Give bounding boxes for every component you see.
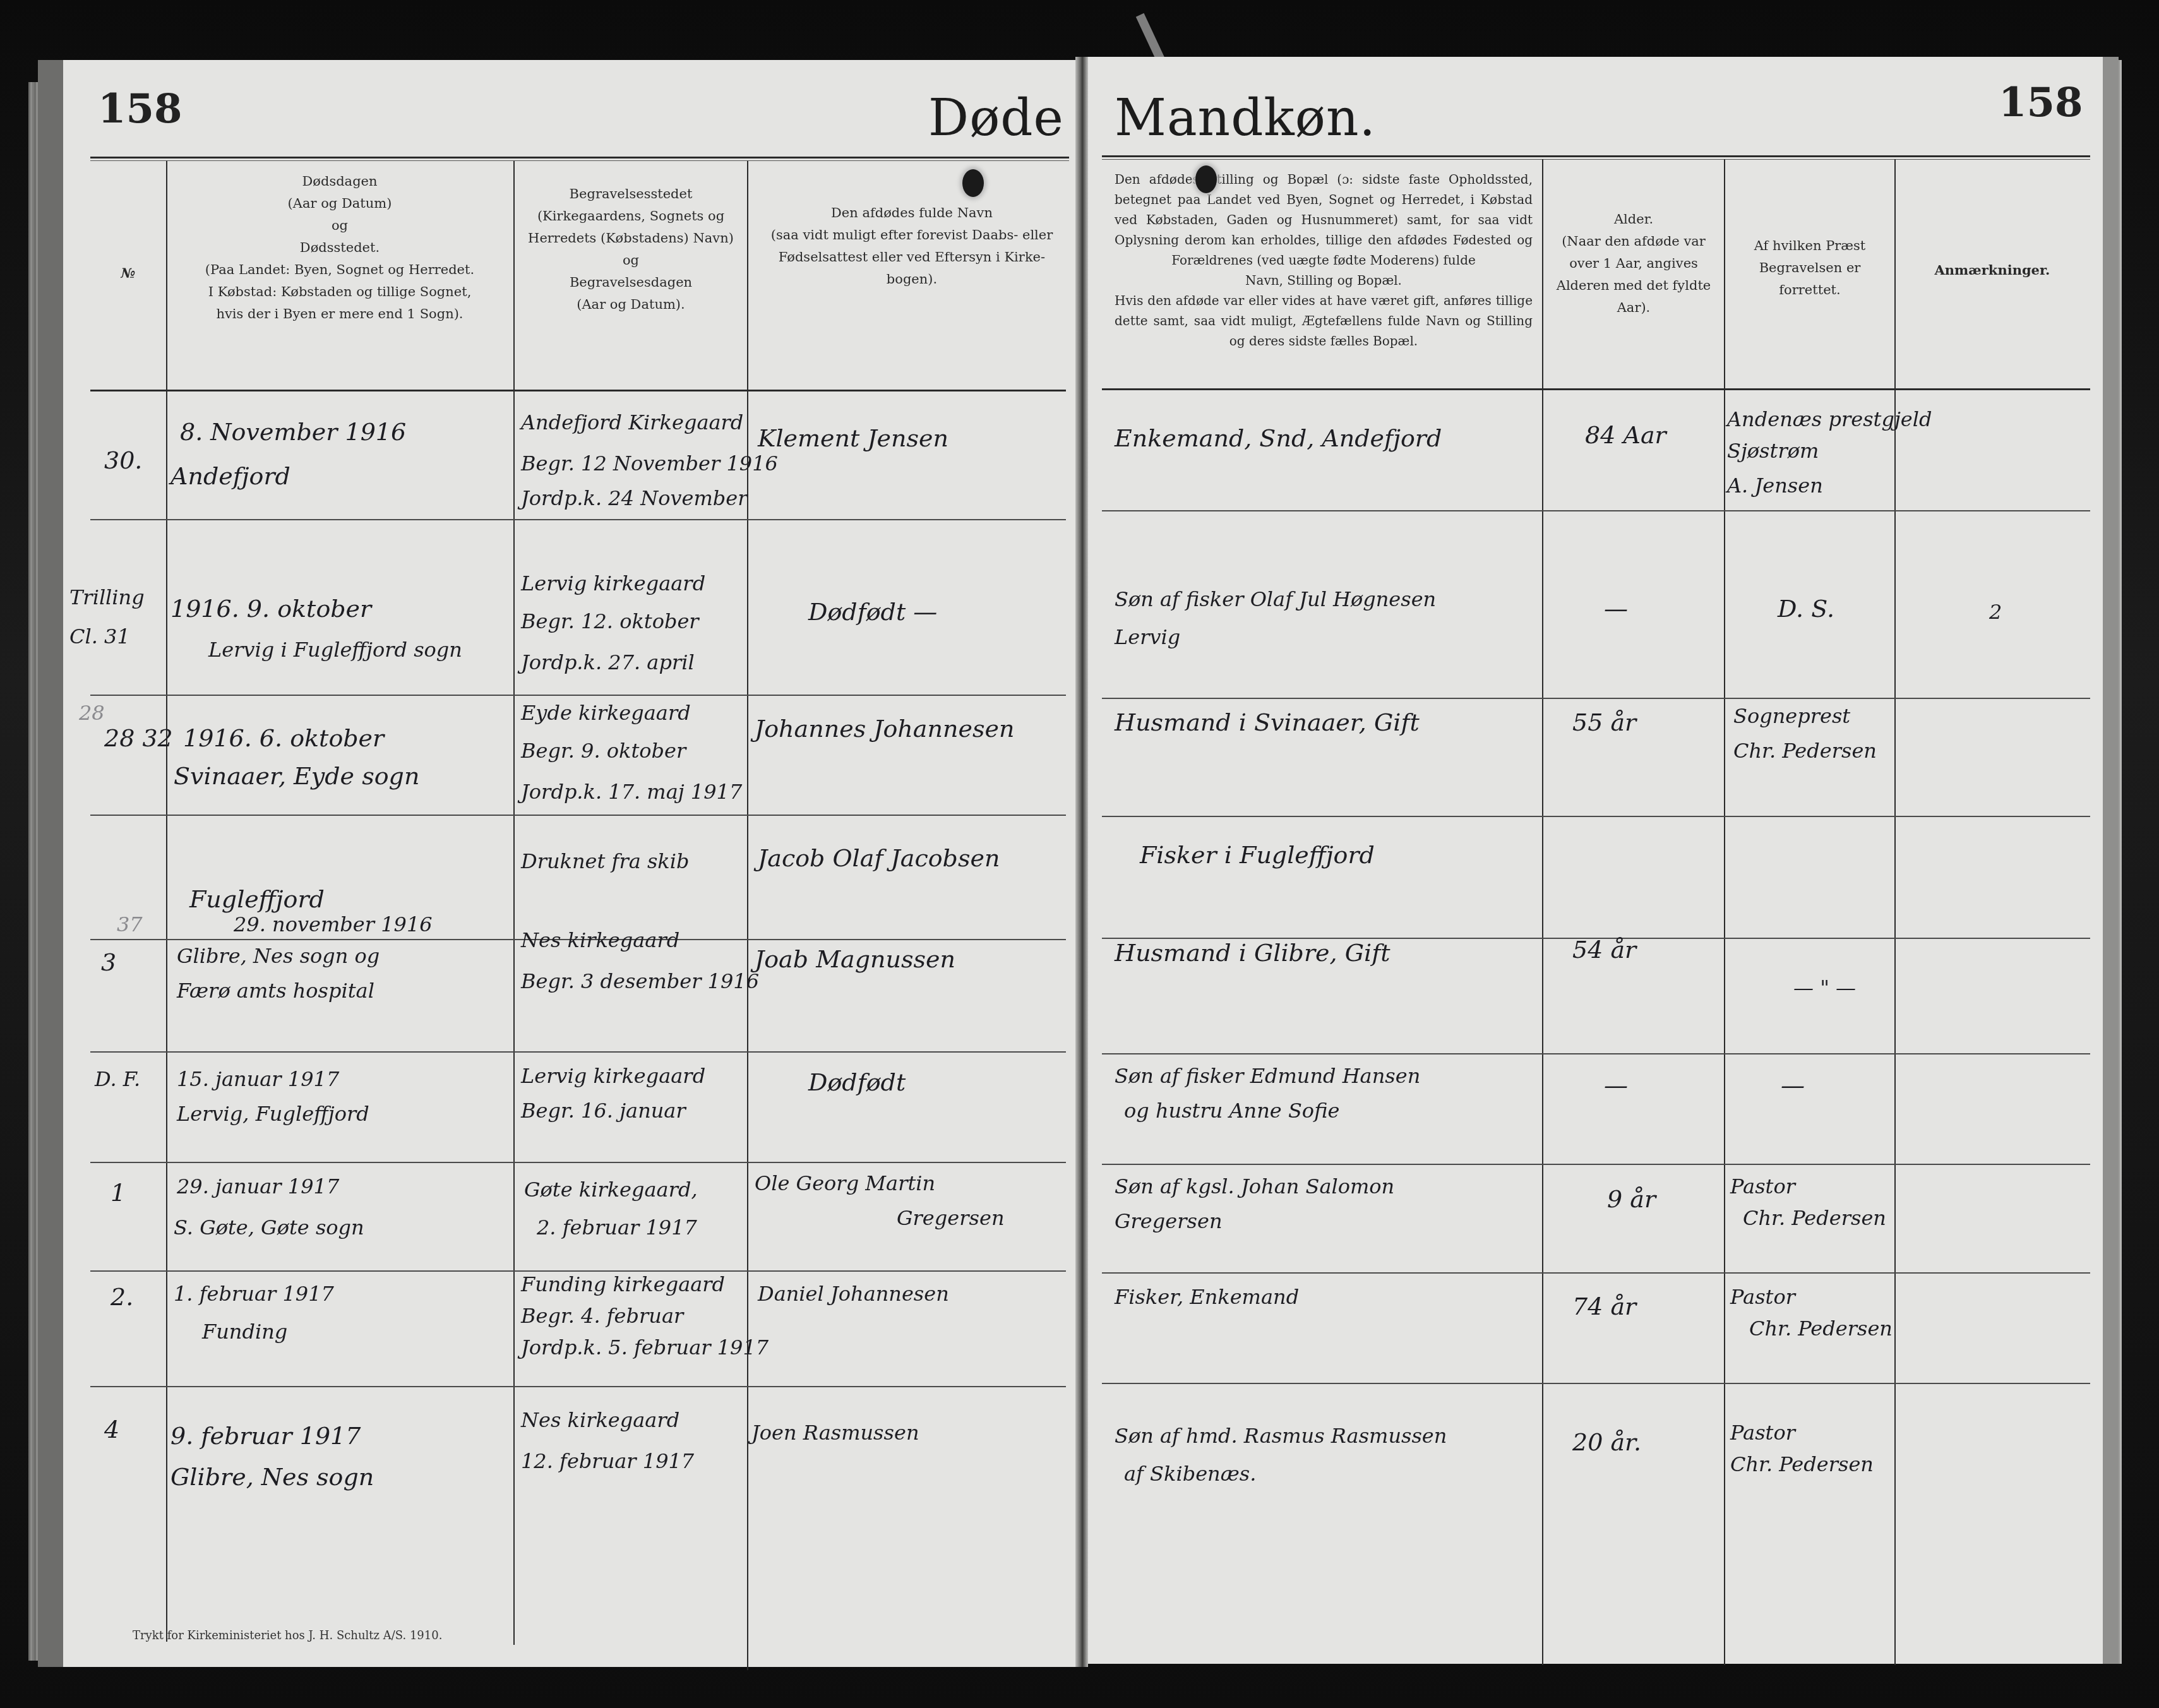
row-number: 2.: [111, 1279, 133, 1315]
row-divider: [1102, 510, 2090, 511]
deceased-name: Jacob Olaf Jacobsen: [758, 840, 1000, 876]
column-header-age: Alder. (Naar den afdøde var over 1 Aar, …: [1545, 208, 1722, 319]
column-divider: [1542, 159, 1543, 1665]
burial-date: 2. februar 1917: [537, 1212, 697, 1243]
row-number: 28 32: [104, 720, 173, 756]
burial-place: Lervig kirkegaard: [521, 568, 705, 599]
death-date: 1. februar 1917: [174, 1279, 334, 1309]
column-header-death: Dødsdagen (Aar og Datum) og Dødsstedet. …: [169, 170, 510, 325]
occupation-residence: Husmand i Svinaaer, Gift: [1115, 704, 1420, 741]
deceased-name: Joen Rasmussen: [751, 1418, 919, 1448]
age: 9 år: [1607, 1181, 1656, 1217]
row-number: 1: [111, 1174, 126, 1211]
row-number: D. F.: [95, 1064, 140, 1094]
deceased-name: Klement Jensen: [758, 420, 948, 457]
row-number: 3: [101, 944, 116, 981]
burial-date: Begr. 9. oktober: [521, 736, 686, 766]
header-top-rule-left: [90, 157, 1069, 158]
burial-note: Jordp.k. 24 November: [521, 483, 748, 513]
occupation-residence: Søn af kgsl. Johan Salomon: [1115, 1171, 1394, 1202]
death-place: Funding: [202, 1317, 287, 1347]
row-number: 4: [104, 1411, 119, 1448]
burial-place: Lervig kirkegaard: [521, 1061, 705, 1091]
occupation-residence: Husmand i Glibre, Gift: [1115, 935, 1390, 971]
row-number: Trilling Cl. 31: [69, 578, 145, 656]
row-divider: [1102, 1053, 2090, 1054]
occupation-residence: Enkemand, Snd, Andefjord: [1115, 420, 1442, 457]
priest-line: Chr. Pedersen: [1749, 1313, 1893, 1344]
priest-line: — " —: [1793, 972, 1856, 1003]
burial-date: Begr. 3 desember 1916: [521, 966, 759, 996]
deceased-name: Dødfødt: [808, 1064, 906, 1101]
priest-line: Sjøstrøm: [1727, 436, 1819, 466]
column-divider: [747, 161, 748, 1670]
priest-line: Sogneprest: [1733, 701, 1850, 731]
occupation-residence: og hustru Anne Sofie: [1124, 1096, 1339, 1126]
row-divider: [90, 815, 1066, 816]
burial-place: Druknet fra skib: [521, 846, 689, 876]
header-bottom-rule-right: [1102, 388, 2090, 390]
page-number-left: 158: [98, 85, 182, 133]
column-divider: [166, 161, 167, 1642]
punch-hole: [1195, 165, 1217, 193]
priest-line: Pastor: [1730, 1418, 1795, 1448]
row-number: 30.: [104, 442, 142, 479]
burial-place: Nes kirkegaard: [521, 925, 679, 955]
priest-line: Pastor: [1730, 1282, 1795, 1312]
death-date: 1916. 9. oktober: [170, 590, 371, 627]
row-number-old: 37: [117, 909, 143, 940]
row-divider: [1102, 1272, 2090, 1274]
priest-line: Andenæs prestgjeld: [1727, 404, 1932, 434]
burial-note: Jordp.k. 27. april: [521, 647, 695, 678]
burial-date: 12. februar 1917: [521, 1446, 694, 1476]
column-header-remarks: Anmærkninger.: [1898, 259, 2087, 281]
death-date: 9. februar 1917: [170, 1418, 361, 1454]
age: 55 år: [1572, 704, 1636, 741]
deceased-name: Ole Georg Martin: [755, 1168, 935, 1198]
death-place: Lervig i Fugleffjord sogn: [208, 635, 462, 665]
column-header-number: №: [90, 262, 166, 284]
occupation-residence: af Skibenæs.: [1124, 1459, 1256, 1489]
deceased-name: Johannes Johannesen: [755, 710, 1014, 747]
death-place: Glibre, Nes sogn: [170, 1459, 374, 1495]
death-place: Glibre, Nes sogn og: [177, 941, 380, 971]
row-divider: [1102, 816, 2090, 817]
death-date: 29. november 1916: [234, 909, 433, 940]
row-divider: [90, 695, 1066, 696]
priest-line: Chr. Pedersen: [1730, 1449, 1874, 1479]
column-divider: [513, 161, 515, 1645]
occupation-residence: Fisker, Enkemand: [1115, 1282, 1299, 1312]
age: 54 år: [1572, 931, 1636, 968]
book-spine: [1075, 57, 1088, 1667]
occupation-residence: Søn af hmd. Rasmus Rasmussen: [1115, 1421, 1447, 1451]
age: 84 Aar: [1585, 417, 1666, 453]
deceased-name: Daniel Johannesen: [758, 1279, 949, 1309]
death-date: 8. November 1916: [180, 414, 406, 450]
row-number-old: 28: [79, 698, 105, 728]
burial-note: Jordp.k. 17. maj 1917: [521, 777, 742, 807]
burial-date: Begr. 16. januar: [521, 1096, 686, 1126]
occupation-residence: Søn af fisker Olaf Jul Høgnesen: [1115, 584, 1436, 614]
page-title-right: Mandkøn.: [1115, 88, 1376, 147]
burial-place: Andefjord Kirkegaard: [521, 407, 743, 438]
row-divider: [1102, 1383, 2090, 1384]
age: —: [1604, 590, 1628, 627]
row-divider: [90, 1162, 1066, 1163]
age: —: [1604, 1067, 1628, 1104]
row-divider: [1102, 1164, 2090, 1165]
column-header-burial: Begravelsesstedet (Kirkegaardens, Sognet…: [517, 183, 745, 316]
page-title-left: Døde: [928, 88, 1064, 147]
burial-date: Begr. 12. oktober: [521, 606, 699, 636]
burial-date: Begr. 12 November 1916: [521, 448, 778, 479]
punch-hole: [962, 169, 984, 197]
age: 74 år: [1572, 1288, 1636, 1325]
column-divider: [1894, 159, 1896, 1665]
row-divider: [90, 519, 1066, 520]
death-place: Lervig, Fugleffjord: [177, 1099, 369, 1129]
column-header-priest: Af hvilken Præst Begravelsen er forrette…: [1727, 235, 1893, 301]
burial-note: Jordp.k. 5. februar 1917: [521, 1332, 769, 1363]
row-divider: [1102, 698, 2090, 699]
priest-line: A. Jensen: [1727, 470, 1823, 501]
death-date: 1916. 6. oktober: [183, 720, 384, 756]
death-place: Andefjord: [170, 458, 290, 494]
page-number-right: 158: [1999, 79, 2083, 126]
column-header-occupation: Den afdødes Stilling og Bopæl (ɔ: sidste…: [1115, 169, 1533, 351]
occupation-residence: Søn af fisker Edmund Hansen: [1115, 1061, 1420, 1091]
row-divider: [90, 1386, 1066, 1387]
burial-date: Begr. 4. februar: [521, 1301, 683, 1331]
deceased-name: Joab Magnussen: [755, 941, 955, 977]
column-header-name: Den afdødes fulde Navn (saa vidt muligt …: [750, 202, 1074, 290]
priest-line: —: [1781, 1067, 1805, 1104]
burial-place: Gøte kirkegaard,: [524, 1174, 698, 1205]
priest-line: Chr. Pedersen: [1733, 736, 1877, 766]
death-place: Svinaaer, Eyde sogn: [174, 758, 419, 794]
occupation-residence: Fisker i Fugleffjord: [1140, 837, 1375, 873]
death-place: Færø amts hospital: [177, 976, 374, 1006]
right-page-stack-edge: [2103, 60, 2122, 1664]
row-divider: [90, 1051, 1066, 1053]
deceased-name: Dødfødt —: [808, 594, 937, 630]
burial-place: Eyde kirkegaard: [521, 698, 691, 728]
occupation-residence: Gregersen: [1115, 1206, 1222, 1236]
burial-place: Funding kirkegaard: [521, 1269, 725, 1299]
priest-line: Pastor: [1730, 1171, 1795, 1202]
deceased-name: Gregersen: [897, 1203, 1004, 1233]
header-top-rule-right: [1102, 155, 2090, 157]
left-page-stack-edge: [28, 82, 66, 1661]
death-place: S. Gøte, Gøte sogn: [174, 1212, 364, 1243]
death-date: 29. januar 1917: [177, 1171, 339, 1202]
priest-line: D. S.: [1778, 590, 1834, 627]
death-date: 15. januar 1917: [177, 1064, 339, 1094]
printer-imprint: Trykt for Kirkeministeriet hos J. H. Sch…: [133, 1629, 442, 1642]
burial-place: Nes kirkegaard: [521, 1405, 679, 1435]
age: 20 år.: [1572, 1424, 1641, 1460]
header-bottom-rule-left: [90, 390, 1066, 391]
priest-line: Chr. Pedersen: [1743, 1203, 1886, 1233]
column-divider: [1724, 159, 1725, 1665]
remarks: 2: [1989, 597, 2002, 627]
occupation-residence: Lervig: [1115, 622, 1180, 652]
